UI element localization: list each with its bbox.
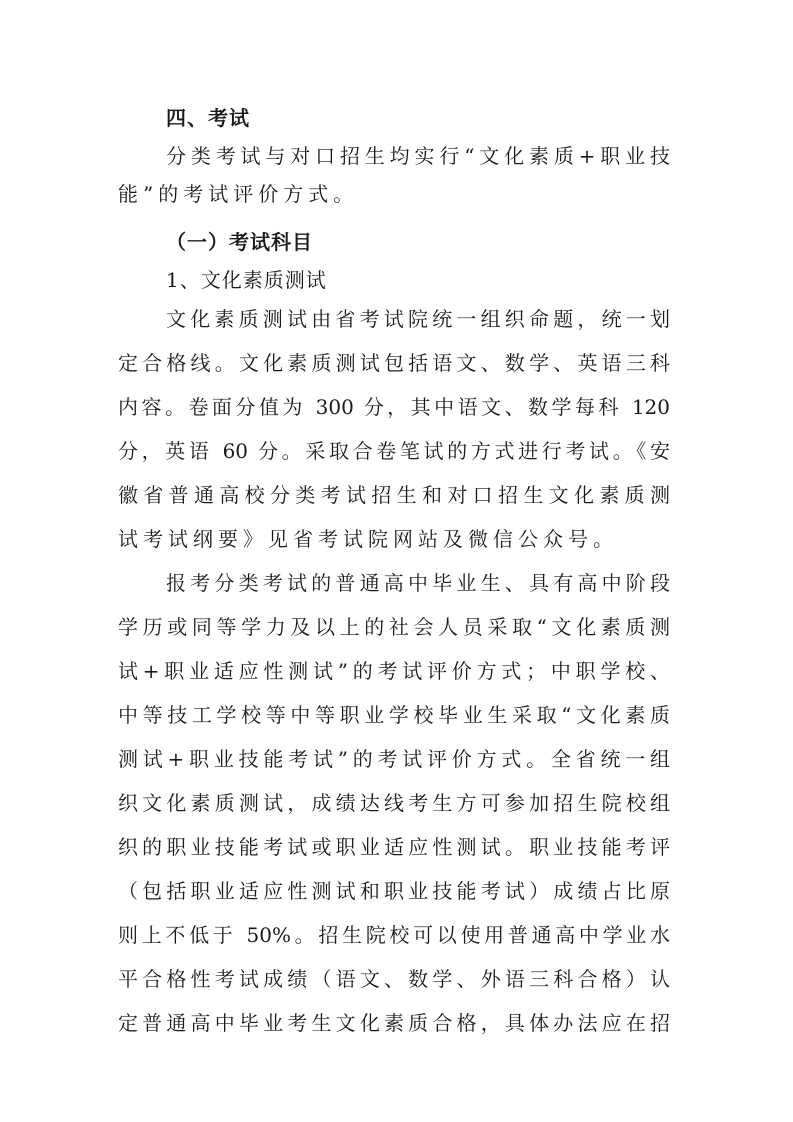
item-heading: 1、文化素质测试 (166, 261, 670, 299)
document-page: 四、考试 分类考试与对口招生均实行“文化素质+职业技 能”的考试评价方式。 （一… (0, 0, 793, 1122)
section-heading: 四、考试 (166, 99, 670, 137)
paragraph-line: 试考试纲要》见省考试院网站及微信公众号。 (118, 520, 670, 558)
paragraph-line: 文化素质测试由省考试院统一组织命题，统一划 (166, 300, 670, 338)
paragraph-line: 织文化素质测试，成绩达线考生方可参加招生院校组 (118, 784, 670, 822)
paragraph-line: 报考分类考试的普通高中毕业生、具有高中阶段 (166, 564, 670, 602)
paragraph-line: 分，英语 60 分。采取合卷笔试的方式进行考试。《安 (118, 432, 670, 470)
paragraph-line: 则上不低于 50%。招生院校可以使用普通高中学业水 (118, 916, 670, 954)
paragraph-line: （包括职业适应性测试和职业技能考试）成绩占比原 (118, 872, 670, 910)
paragraph-line: 定普通高中毕业考生文化素质合格，具体办法应在招 (118, 1004, 670, 1042)
paragraph-line: 定合格线。文化素质测试包括语文、数学、英语三科 (118, 344, 670, 382)
subheading: （一）考试科目 (166, 223, 670, 261)
paragraph-line: 徽省普通高校分类考试招生和对口招生文化素质测 (118, 476, 670, 514)
paragraph-line: 织的职业技能考试或职业适应性测试。职业技能考评 (118, 828, 670, 866)
paragraph-line: 分类考试与对口招生均实行“文化素质+职业技 (166, 137, 670, 175)
paragraph-line: 学历或同等学力及以上的社会人员采取“文化素质测 (118, 608, 670, 646)
paragraph-line: 试+职业适应性测试”的考试评价方式；中职学校、 (118, 652, 670, 690)
paragraph-line: 测试+职业技能考试”的考试评价方式。全省统一组 (118, 740, 670, 778)
paragraph-line: 中等技工学校等中等职业学校毕业生采取“文化素质 (118, 696, 670, 734)
paragraph-line: 平合格性考试成绩（语文、数学、外语三科合格）认 (118, 960, 670, 998)
paragraph-line: 能”的考试评价方式。 (118, 175, 670, 213)
paragraph-line: 内容。卷面分值为 300 分，其中语文、数学每科 120 (118, 388, 670, 426)
